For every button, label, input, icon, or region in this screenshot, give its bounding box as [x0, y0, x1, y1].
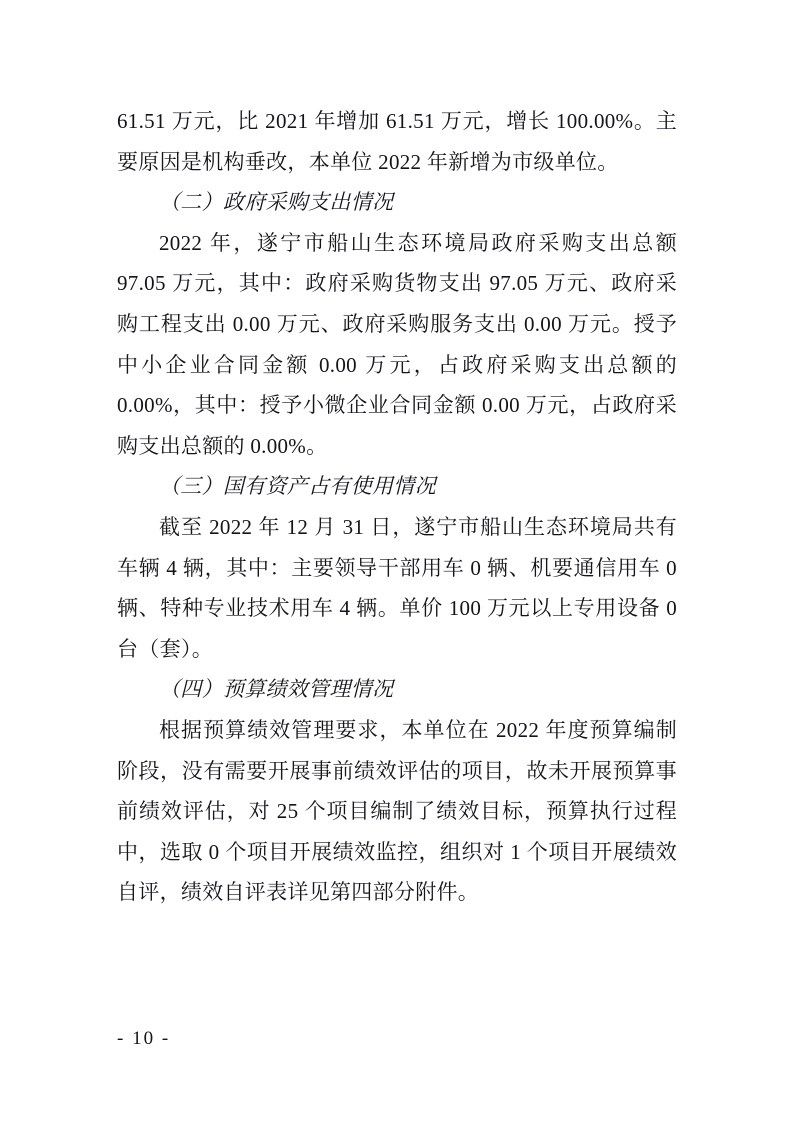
- paragraph-government-procurement: 2022 年，遂宁市船山生态环境局政府采购支出总额 97.05 万元，其中：政府…: [117, 223, 677, 467]
- paragraph-procurement-intro-continuation: 61.51 万元，比 2021 年增加 61.51 万元，增长 100.00%。…: [117, 101, 677, 182]
- paragraph-budget-performance: 根据预算绩效管理要求，本单位在 2022 年度预算编制阶段，没有需要开展事前绩效…: [117, 710, 677, 913]
- page-number: - 10 -: [117, 1026, 170, 1052]
- document-page: 61.51 万元，比 2021 年增加 61.51 万元，增长 100.00%。…: [0, 0, 793, 1122]
- paragraph-state-assets: 截至 2022 年 12 月 31 日，遂宁市船山生态环境局共有车辆 4 辆，其…: [117, 507, 677, 669]
- section-heading-state-assets: （三）国有资产占有使用情况: [117, 466, 677, 507]
- document-body: 61.51 万元，比 2021 年增加 61.51 万元，增长 100.00%。…: [117, 101, 677, 913]
- section-heading-government-procurement: （二）政府采购支出情况: [117, 182, 677, 223]
- section-heading-budget-performance: （四）预算绩效管理情况: [117, 669, 677, 710]
